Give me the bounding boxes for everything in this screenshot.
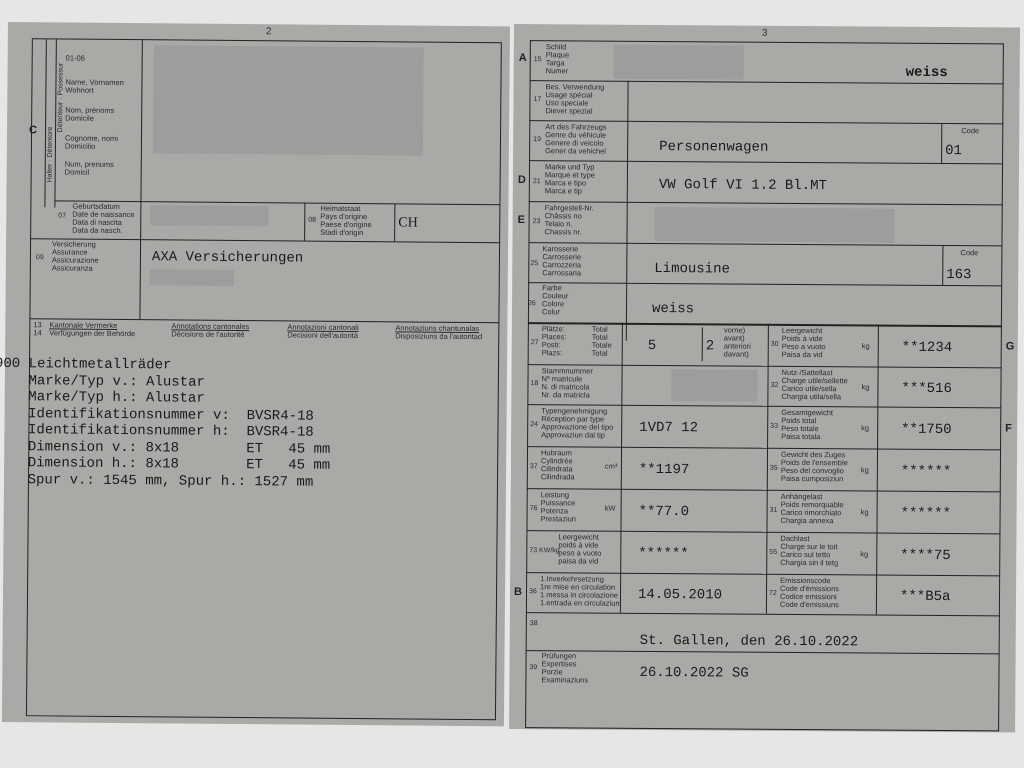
row-number: 55 <box>769 549 777 556</box>
front-seats-label: vorne) avant) anteriori davant) <box>724 326 751 358</box>
row-label: Plätze: Places: Posti: Plazs: <box>542 325 567 357</box>
row-label: Leistung Puissance Potenza Prestaziun <box>541 491 577 523</box>
page-number: 3 <box>762 28 768 39</box>
row-label: Dachlast Charge sur le toit Carico sul t… <box>780 535 838 567</box>
annotation-number-14: 14 <box>33 329 41 337</box>
row-number: 27 <box>531 339 539 346</box>
body-code: 163 <box>946 267 971 283</box>
row-label: Emissionscode Code d'émissions Codice em… <box>780 577 839 609</box>
inspections-number: 39 <box>529 664 537 671</box>
row-value: 1VD7 12 <box>639 420 698 436</box>
plate-label: Schild Plaque Targa Numer <box>546 43 570 75</box>
unit-label: kg <box>861 507 869 516</box>
place-date-number: 38 <box>530 620 538 627</box>
plate-color-value: weiss <box>906 65 948 81</box>
row-number: 73 KW/kg <box>529 547 559 554</box>
row-value: ****** <box>901 506 952 522</box>
insurance-value: AXA Versicherungen <box>152 249 303 266</box>
birth-date-number: 07 <box>58 212 66 219</box>
left-page: 2 C Halter · Détentore Détenteur · Posse… <box>2 22 510 726</box>
plate-redacted <box>614 45 744 80</box>
vehicle-kind-value: Personenwagen <box>659 139 768 156</box>
birth-date-redacted <box>150 205 268 226</box>
chassis-redacted <box>654 207 894 243</box>
unit-label: kg <box>861 465 869 474</box>
row-number: 30 <box>771 341 779 348</box>
row-value: ****** <box>638 546 689 562</box>
row-label: Hubraum Cylindrée Cilindrata Cilindrada <box>541 449 575 481</box>
inspections-label: Prüfungen Expertises Porzie Examinaziuns <box>541 652 588 684</box>
plate-number-label: 15 <box>534 56 542 63</box>
row-value: ****** <box>901 464 952 480</box>
annotation-de-2: Verfügungen der Behörde <box>49 329 135 338</box>
row-value: **1197 <box>639 462 690 478</box>
row-number: 24 <box>530 421 538 428</box>
row-value: 5 <box>648 338 657 354</box>
row-number: 37 <box>530 463 538 470</box>
row-value: ****75 <box>900 548 951 564</box>
body-number: 25 <box>530 260 538 267</box>
unit-label: kg <box>861 423 869 432</box>
row-label-total: Total Total Totale Total <box>592 326 612 358</box>
make-type-label: Marke und Typ Marque et type Marca e tip… <box>545 163 595 195</box>
origin-label: Heimatstaat Pays d'origine Paese d'origi… <box>320 205 372 237</box>
row-label: Leergewicht Poids à vide Peso a vuoto Pa… <box>782 327 826 359</box>
color-value: weiss <box>652 301 694 317</box>
holder-label-fr: Nom, prénoms Domicile <box>65 107 114 123</box>
page-number: 2 <box>266 26 272 37</box>
remarks-block: 900 Leichtmetallräder Marke/Typ v.: Alus… <box>0 356 331 491</box>
vehicle-kind-code: 01 <box>945 143 962 159</box>
special-use-label: Bes. Verwendung Usage spécial Uso specia… <box>545 83 604 115</box>
redacted-value <box>671 369 757 402</box>
birth-date-label: Geburtsdatum Date de naissance Data di n… <box>72 203 134 236</box>
insurance-number: 09 <box>36 254 44 261</box>
row-number: 35 <box>770 465 778 472</box>
section-letter-b: B <box>514 586 522 598</box>
color-number: 26 <box>528 300 536 307</box>
vehicle-kind-label: Art des Fahrzeugs Genre du véhicule Gene… <box>545 123 607 155</box>
row-number: 76 <box>530 505 538 512</box>
holder-label-de: Name, Vornamen Wohnort <box>65 79 124 96</box>
section-letter-e: E <box>518 214 525 226</box>
special-use-number: 17 <box>533 96 541 103</box>
row-label: Gewicht des Zuges Poids de l'ensemble Pe… <box>781 451 848 483</box>
section-letter-c: C <box>29 124 37 136</box>
unit-label: kg <box>862 341 870 350</box>
unit-label: cm³ <box>605 462 618 471</box>
holder-label-rm: Num, prenums Domicil <box>65 161 114 177</box>
make-type-number: 21 <box>533 178 541 185</box>
annotation-fr-2: Décisions de l'autorité <box>171 330 244 339</box>
unit-label: kg <box>860 549 868 558</box>
row-value: ***516 <box>901 381 952 397</box>
section-letter-a: A <box>519 52 527 64</box>
row-label: Gesamtgewicht Poids total Peso totale Pa… <box>781 409 833 441</box>
side-letter: F <box>1005 422 1012 434</box>
annotation-it-2: Decisioni dell'autorità <box>287 331 358 340</box>
row-label: Leergewicht poids à vide peso a vuoto pa… <box>558 533 601 565</box>
holder-vertical-label-2: Détenteur · Possessur <box>57 63 65 133</box>
chassis-label: Fahrgestell-Nr. Châssis no Telaio n. Cha… <box>545 204 594 236</box>
row-number: 31 <box>770 507 778 514</box>
row-value: ***B5a <box>900 589 951 605</box>
origin-number: 08 <box>308 217 316 224</box>
chassis-number-label: 23 <box>533 218 541 225</box>
origin-value: CH <box>398 215 418 231</box>
side-letter: G <box>1006 340 1015 352</box>
holder-vertical-label: Halter · Détentore <box>47 127 54 183</box>
row-label: Typengenehmigung Réception par type Appr… <box>541 407 613 440</box>
row-number: 36 <box>529 588 537 595</box>
row-number: 33 <box>770 423 778 430</box>
row-number: 32 <box>770 382 778 389</box>
row-label: 1.Inverkehrsetzung 1re mise en circulati… <box>540 575 620 608</box>
right-page: 3 A 15 Schild Plaque Targa Numer weiss 1… <box>509 24 1020 733</box>
row-number: 72 <box>769 590 777 597</box>
inspections-value: 26.10.2022 SG <box>639 665 748 682</box>
row-number: 18 <box>530 380 538 387</box>
row-label: Anhängelast Poids remorquable Carico rim… <box>781 493 844 525</box>
holder-number: 01-06 <box>66 55 85 63</box>
insurance-label: Versicherung Assurance Assicurazione Ass… <box>52 240 99 272</box>
body-value: Limousine <box>654 261 730 278</box>
insurance-redacted <box>150 269 234 286</box>
color-label: Farbe Couleur Colore Colur <box>542 284 568 316</box>
body-label: Karosserie Carrosserie Carrozzeria Carro… <box>542 245 581 277</box>
row-value: **1750 <box>901 422 952 438</box>
row-label: Stammnummer Nº matricule N. di matricola… <box>541 367 592 399</box>
front-seats-value: 2 <box>706 338 715 354</box>
vehicle-kind-code-label: Code <box>961 127 979 135</box>
row-value: **1234 <box>902 340 953 356</box>
row-value: 14.05.2010 <box>638 587 722 604</box>
row-value: **77.0 <box>639 504 690 520</box>
place-date-value: St. Gallen, den 26.10.2022 <box>640 633 859 651</box>
make-type-value: VW Golf VI 1.2 Bl.MT <box>659 177 827 194</box>
section-letter-d: D <box>518 174 526 186</box>
annotation-rm-2: Disposiziuns da l'autoritad <box>395 332 482 341</box>
unit-label: kW <box>605 504 616 513</box>
remark-line: Spur v.: 1545 mm, Spur h.: 1527 mm <box>0 471 330 490</box>
holder-name-redacted <box>153 45 424 155</box>
body-code-label: Code <box>960 249 978 257</box>
unit-label: kg <box>861 382 869 391</box>
vehicle-kind-number: 19 <box>533 136 541 143</box>
row-label: Nutz-/Sattellast Charge utile/sellette C… <box>781 369 848 401</box>
holder-label-it: Cognome, nomi Domicilio <box>65 135 118 151</box>
